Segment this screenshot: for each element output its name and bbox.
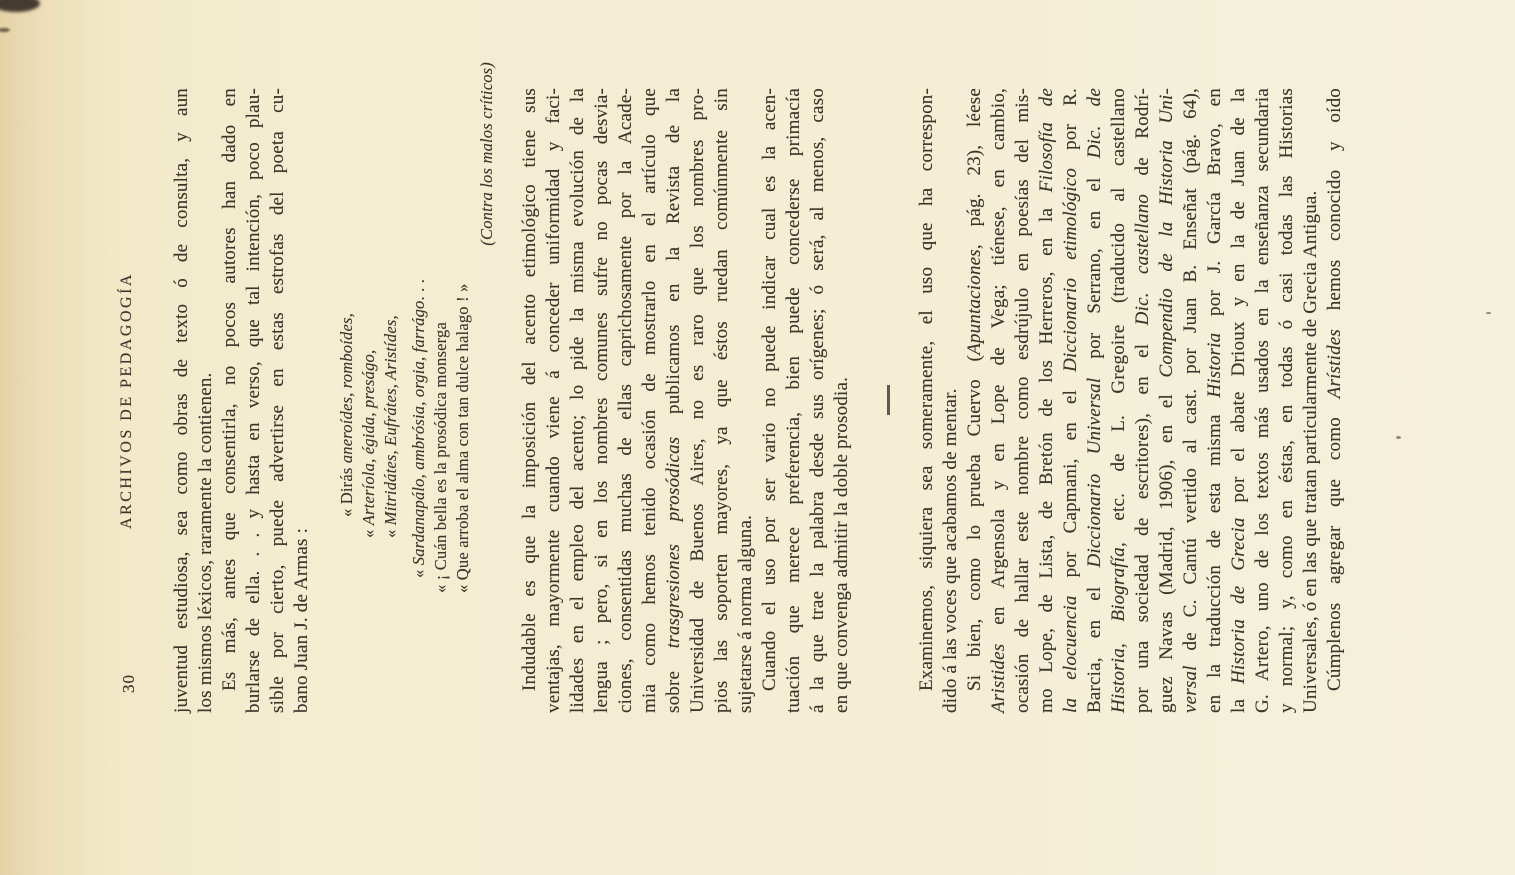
text-segment: de C. Cantú vertido al cast. por Juan B.… bbox=[1180, 88, 1201, 665]
running-head: ARCHIVOS DE PEDAGOGÍA bbox=[118, 88, 136, 713]
verse-quote: « Dirás aneroídes, romboídes,« Arteríola… bbox=[336, 88, 498, 593]
paragraph-opening-continuation: juventud estudiosa, sea como obras de te… bbox=[170, 88, 218, 713]
text-line: bano Juan J. de Armas : bbox=[290, 88, 314, 713]
text-line: ciones, consentidas muchas de ellas capr… bbox=[614, 88, 638, 713]
verse-attribution: (Contra los malos críticos) bbox=[476, 62, 498, 593]
text-line: guez Navas (Madrid, 1906), en el Compend… bbox=[1155, 88, 1179, 713]
text-line: lengua ; pero, si en los nombres comunes… bbox=[590, 88, 614, 713]
paragraph-examinemos: Examinemos, siquiera sea someramente, el… bbox=[915, 88, 963, 713]
text-line: los mismos léxicos, raramente la contien… bbox=[194, 88, 218, 713]
text-segment: « Dirás bbox=[337, 463, 356, 517]
text-segment: . . . bbox=[409, 279, 428, 301]
text-line: la elocuencia por Capmani, en el Diccion… bbox=[1059, 88, 1083, 713]
italic-text-segment: Aristides bbox=[988, 644, 1009, 713]
text-line: por una sociedad de escritores), en el D… bbox=[1131, 88, 1155, 713]
text-segment: mia como hemos tenido ocasión de mostrar… bbox=[639, 88, 660, 713]
text-line: « Sardanapálo, ambrósia, orgia, farrágo.… bbox=[408, 88, 430, 593]
text-line: pios las soporten mayores, ya que éstos … bbox=[710, 88, 734, 713]
text-line: Cuando el uso por ser vario no puede ind… bbox=[758, 88, 782, 713]
text-line: Barcia, en el Diccionario Universal por … bbox=[1083, 88, 1107, 713]
italic-text-segment: Filosofía de bbox=[1036, 88, 1057, 192]
text-segment: Universales, ó en las que tratan particu… bbox=[1300, 190, 1321, 713]
italic-text-segment: Historia, Biografía, bbox=[1108, 542, 1129, 713]
text-segment: por Serrano, en el bbox=[1084, 158, 1105, 377]
text-segment: Indudable es que la imposición del acent… bbox=[519, 88, 540, 691]
text-segment: Universidad de Buenos Aires, no es raro … bbox=[687, 88, 708, 713]
rotated-page-content: 30 ARCHIVOS DE PEDAGOGÍA juventud estudi… bbox=[0, 0, 1515, 875]
text-segment: la bbox=[1228, 684, 1249, 713]
text-line: mia como hemos tenido ocasión de mostrar… bbox=[638, 88, 662, 713]
text-segment: ocasión de hallar este nombre como esdrú… bbox=[1012, 88, 1033, 713]
italic-text-segment: Dic. castellano bbox=[1132, 194, 1153, 325]
text-line: Universidad de Buenos Aires, no es raro … bbox=[686, 88, 710, 713]
text-segment: Es más, antes que consentirla, no pocos … bbox=[219, 88, 240, 691]
text-segment: hemos conocido y oído bbox=[1324, 88, 1345, 329]
paragraph-cuando: Cuando el uso por ser vario no puede ind… bbox=[758, 88, 854, 713]
italic-text-segment: Historia de Grecia bbox=[1228, 517, 1249, 683]
text-segment: por J. García Bravo, en bbox=[1204, 88, 1225, 333]
text-segment: pios las soporten mayores, ya que éstos … bbox=[711, 88, 732, 713]
body-text: juventud estudiosa, sea como obras de te… bbox=[170, 88, 1347, 713]
text-line: Aristides en Argensola y en Lope de Vega… bbox=[987, 88, 1011, 713]
text-segment: etc. de L. Gregoire (traducido al castel… bbox=[1108, 88, 1129, 542]
text-line: juventud estudiosa, sea como obras de te… bbox=[170, 88, 194, 713]
text-line: Cúmplenos agregar que como Arístides hem… bbox=[1323, 88, 1347, 713]
text-line: en la traducción de esta misma Historia … bbox=[1203, 88, 1227, 713]
text-segment: lengua ; pero, si en los nombres comunes… bbox=[591, 88, 612, 713]
text-line: sible por cierto, puede advertirse en es… bbox=[266, 88, 290, 713]
italic-text-segment: trasgresiones prosódicas bbox=[663, 437, 684, 649]
text-segment: ciones, consentidas muchas de ellas capr… bbox=[615, 88, 636, 713]
text-segment: por R. bbox=[1060, 88, 1081, 168]
italic-text-segment: versal bbox=[1180, 665, 1201, 713]
text-line: « Que arroba el alma con tan dulce halag… bbox=[452, 88, 474, 593]
text-line: tuación que merece preferencia, bien pue… bbox=[782, 88, 806, 713]
text-segment: Barcia, en el bbox=[1084, 568, 1105, 713]
text-line: Historia, Biografía, etc. de L. Gregoire… bbox=[1107, 88, 1131, 713]
text-line: lidades en el empleo del acento; lo pide… bbox=[566, 88, 590, 713]
text-line: la Historia de Grecia por el abate Driou… bbox=[1227, 88, 1251, 713]
italic-text-segment: aneroídes, romboídes, bbox=[337, 313, 356, 463]
italic-text-segment: Sardanapálo, ambrósia, orgia, farrágo bbox=[409, 301, 428, 566]
text-line: « Arteríola, égida, preságo, bbox=[358, 88, 380, 538]
paragraph-indudable: Indudable es que la imposición del acent… bbox=[518, 88, 758, 713]
text-segment: dido á las voces que acabamos de mentar. bbox=[940, 388, 961, 713]
text-line: ocasión de hallar este nombre como esdrú… bbox=[1011, 88, 1035, 713]
italic-text-segment: Apuntaciones bbox=[964, 249, 985, 355]
text-segment: y normal; y, como en éstas, en todas ó c… bbox=[1276, 88, 1297, 713]
text-segment: guez Navas (Madrid, 1906), en el bbox=[1156, 378, 1177, 714]
text-line: Indudable es que la imposición del acent… bbox=[518, 88, 542, 713]
text-segment: burlarse de ella. . . y hasta en verso, … bbox=[243, 88, 264, 713]
text-segment: mo Lope, de Lista, de Bretón de los Herr… bbox=[1036, 192, 1057, 713]
paragraph-si-bien: Si bien, como lo prueba Cuervo (Apuntaci… bbox=[963, 88, 1323, 713]
italic-text-segment: Diccionario Universal bbox=[1084, 378, 1105, 568]
text-segment: , pág. 23), léese bbox=[964, 88, 985, 249]
text-line: « Dirás aneroídes, romboídes, bbox=[336, 88, 358, 538]
text-segment: tuación que merece preferencia, bien pue… bbox=[783, 88, 804, 713]
text-segment: publicamos en la Revista de la bbox=[663, 88, 684, 437]
text-segment: por Capmani, en el bbox=[1060, 372, 1081, 596]
paragraph-es-mas: Es más, antes que consentirla, no pocos … bbox=[218, 88, 314, 713]
verse-stanza-2: « Sardanapálo, ambrósia, orgia, farrágo.… bbox=[408, 88, 474, 593]
text-segment: á la que trae la palabra desde sus oríge… bbox=[807, 88, 828, 713]
paragraph-cumplenos: Cúmplenos agregar que como Arístides hem… bbox=[1323, 88, 1347, 713]
text-line: sobre trasgresiones prosódicas publicamo… bbox=[662, 88, 686, 713]
text-segment: en que convenga admitir la doble prosodi… bbox=[831, 377, 852, 713]
verse-stanza-1: « Dirás aneroídes, romboídes,« Arteríola… bbox=[336, 88, 402, 538]
text-segment: Examinemos, siquiera sea someramente, el… bbox=[916, 88, 937, 691]
text-line: « ¡ Cuán bella es la prosódica monserga bbox=[430, 88, 452, 593]
page-header: 30 ARCHIVOS DE PEDAGOGÍA bbox=[118, 88, 142, 713]
text-area: 30 ARCHIVOS DE PEDAGOGÍA juventud estudi… bbox=[0, 0, 1347, 875]
text-segment: « bbox=[409, 565, 428, 578]
text-segment: por el abate Drioux y en la de Juan de l… bbox=[1228, 88, 1249, 517]
text-line: (Contra los malos críticos) bbox=[476, 62, 498, 593]
text-segment: juventud estudiosa, sea como obras de te… bbox=[171, 88, 192, 713]
page-number: 30 bbox=[119, 674, 139, 693]
scanned-book-page: 30 ARCHIVOS DE PEDAGOGÍA juventud estudi… bbox=[0, 0, 1515, 875]
text-segment: « bbox=[359, 525, 378, 538]
italic-text-segment: Dic. de bbox=[1084, 88, 1105, 158]
text-segment: sujetarse á norma alguna. bbox=[735, 515, 756, 713]
italic-text-segment: Diccionario etimológico bbox=[1060, 168, 1081, 372]
text-segment: « bbox=[381, 525, 400, 538]
text-line: Si bien, como lo prueba Cuervo (Apuntaci… bbox=[963, 88, 987, 713]
italic-text-segment: Compendio de la Historia Uni- bbox=[1156, 88, 1177, 378]
italic-text-segment: la elocuencia bbox=[1060, 595, 1081, 713]
text-segment: « ¡ Cuán bella es la prosódica monserga bbox=[431, 322, 450, 593]
italic-text-segment: (Contra los malos críticos) bbox=[477, 62, 496, 246]
text-segment: sible por cierto, puede advertirse en es… bbox=[267, 88, 288, 713]
text-segment: en la traducción de esta misma bbox=[1204, 398, 1225, 713]
text-segment: lidades en el empleo del acento; lo pide… bbox=[567, 88, 588, 713]
text-line: y normal; y, como en éstas, en todas ó c… bbox=[1275, 88, 1299, 713]
text-segment: por una sociedad de escritores), en el bbox=[1132, 325, 1153, 713]
text-segment: sobre bbox=[663, 648, 684, 713]
text-line: á la que trae la palabra desde sus oríge… bbox=[806, 88, 830, 713]
section-divider-rule bbox=[887, 386, 890, 416]
italic-text-segment: Arteríola, égida, preságo, bbox=[359, 350, 378, 526]
text-segment: ventajas, mayormente cuando viene á conc… bbox=[543, 88, 564, 713]
text-segment: de Rodrí- bbox=[1132, 88, 1153, 194]
text-line: burlarse de ella. . . y hasta en verso, … bbox=[242, 88, 266, 713]
italic-text-segment: Mitridátes, Eufrátes, Aristídes, bbox=[381, 315, 400, 525]
text-line: dido á las voces que acabamos de mentar. bbox=[939, 88, 963, 713]
text-segment: Si bien, como lo prueba Cuervo ( bbox=[964, 355, 985, 691]
text-line: G. Artero, uno de los textos más usados … bbox=[1251, 88, 1275, 713]
italic-text-segment: Historia bbox=[1204, 333, 1225, 398]
text-line: « Mitridátes, Eufrátes, Aristídes, bbox=[380, 88, 402, 538]
text-line: mo Lope, de Lista, de Bretón de los Herr… bbox=[1035, 88, 1059, 713]
text-line: versal de C. Cantú vertido al cast. por … bbox=[1179, 88, 1203, 713]
italic-text-segment: Arístides bbox=[1324, 329, 1345, 398]
text-segment: en Argensola y en Lope de Vega; tiénese,… bbox=[988, 88, 1009, 644]
text-line: Es más, antes que consentirla, no pocos … bbox=[218, 88, 242, 713]
text-line: ventajas, mayormente cuando viene á conc… bbox=[542, 88, 566, 713]
text-segment: bano Juan J. de Armas : bbox=[291, 528, 312, 713]
text-line: Examinemos, siquiera sea someramente, el… bbox=[915, 88, 939, 713]
text-line: en que convenga admitir la doble prosodi… bbox=[830, 88, 854, 713]
text-segment: Cúmplenos agregar que como bbox=[1324, 398, 1345, 691]
text-line: Universales, ó en las que tratan particu… bbox=[1299, 88, 1323, 713]
text-segment: « Que arroba el alma con tan dulce halag… bbox=[453, 283, 472, 593]
text-line: sujetarse á norma alguna. bbox=[734, 88, 758, 713]
text-segment: Cuando el uso por ser vario no puede ind… bbox=[759, 88, 780, 691]
text-segment: G. Artero, uno de los textos más usados … bbox=[1252, 88, 1273, 713]
text-segment: los mismos léxicos, raramente la contien… bbox=[195, 373, 216, 713]
